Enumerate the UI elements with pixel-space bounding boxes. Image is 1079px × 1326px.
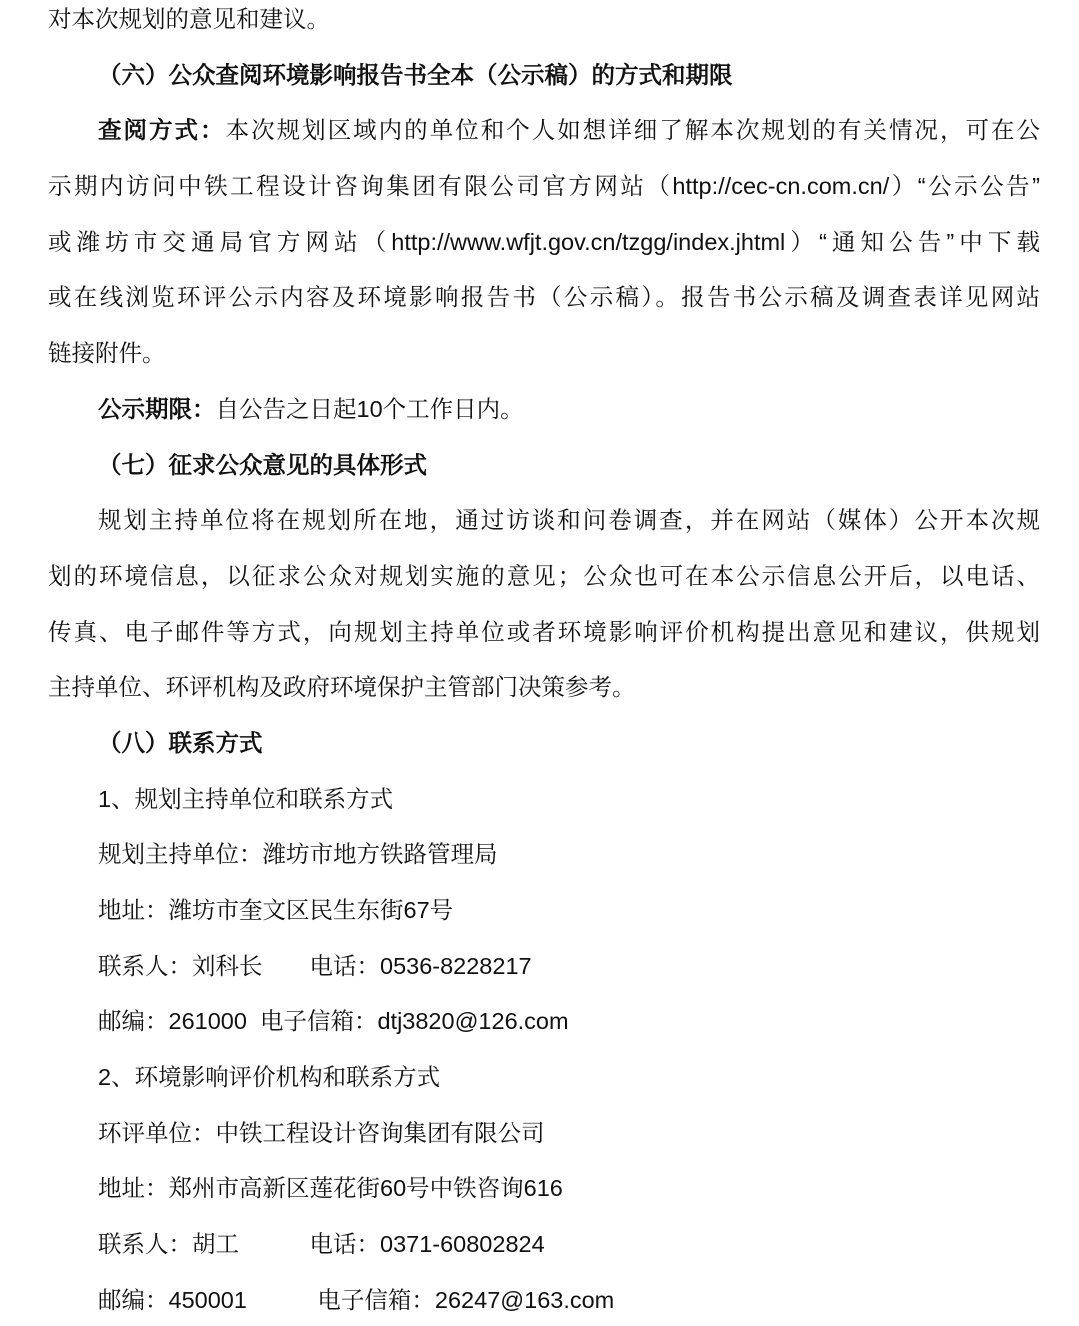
document-page: 对本次规划的意见和建议。 （六）公众查阅环境影响报告书全本（公示稿）的方式和期限… <box>0 0 1079 1326</box>
access-method-line-3: 或潍坊市交通局官方网站（http://www.wfjt.gov.cn/tzgg/… <box>48 215 1040 271</box>
section7-heading: （七）征求公众意见的具体形式 <box>48 438 1040 494</box>
section8-heading: （八）联系方式 <box>48 716 1040 772</box>
eia-unit-line: 环评单位：中铁工程设计咨询集团有限公司 <box>48 1106 1040 1162</box>
section6-heading: （六）公众查阅环境影响报告书全本（公示稿）的方式和期限 <box>48 48 1040 104</box>
access-method-line-5: 链接附件。 <box>48 326 1040 382</box>
eia-postal-line: 邮编：450001 电子信箱：26247@163.com <box>48 1273 1040 1326</box>
document-content: 对本次规划的意见和建议。 （六）公众查阅环境影响报告书全本（公示稿）的方式和期限… <box>48 0 1040 1326</box>
opinion-paragraph-line-4: 主持单位、环评机构及政府环境保护主管部门决策参考。 <box>48 660 1040 716</box>
item1-title: 1、规划主持单位和联系方式 <box>48 772 1040 828</box>
access-method-line-1: 查阅方式：本次规划区域内的单位和个人如想详细了解本次规划的有关情况，可在公 <box>48 103 1040 159</box>
paragraph-continuation: 对本次规划的意见和建议。 <box>48 0 1040 48</box>
opinion-paragraph-line-3: 传真、电子邮件等方式，向规划主持单位或者环境影响评价机构提出意见和建议，供规划 <box>48 605 1040 661</box>
access-method-text: 本次规划区域内的单位和个人如想详细了解本次规划的有关情况，可在公 <box>226 117 1040 143</box>
item2-title: 2、环境影响评价机构和联系方式 <box>48 1050 1040 1106</box>
host-contact-line: 联系人：刘科长 电话：0536-8228217 <box>48 939 1040 995</box>
access-method-line-2: 示期内访问中铁工程设计咨询集团有限公司官方网站（http://cec-cn.co… <box>48 159 1040 215</box>
access-method-label: 查阅方式： <box>98 117 226 143</box>
publicity-period-line: 公示期限：自公告之日起10个工作日内。 <box>48 382 1040 438</box>
opinion-paragraph-line-2: 划的环境信息，以征求公众对规划实施的意见；公众也可在本公示信息公开后，以电话、 <box>48 549 1040 605</box>
access-method-line-4: 或在线浏览环评公示内容及环境影响报告书（公示稿）。报告书公示稿及调查表详见网站 <box>48 270 1040 326</box>
host-postal-line: 邮编：261000 电子信箱：dtj3820@126.com <box>48 994 1040 1050</box>
publicity-period-text: 自公告之日起10个工作日内。 <box>216 396 524 422</box>
eia-contact-line: 联系人：胡工 电话：0371-60802824 <box>48 1217 1040 1273</box>
opinion-paragraph-line-1: 规划主持单位将在规划所在地，通过访谈和问卷调查，并在网站（媒体）公开本次规 <box>48 493 1040 549</box>
host-address-line: 地址：潍坊市奎文区民生东街67号 <box>48 883 1040 939</box>
eia-address-line: 地址：郑州市高新区莲花街60号中铁咨询616 <box>48 1161 1040 1217</box>
publicity-period-label: 公示期限： <box>98 396 216 422</box>
host-unit-line: 规划主持单位：潍坊市地方铁路管理局 <box>48 827 1040 883</box>
